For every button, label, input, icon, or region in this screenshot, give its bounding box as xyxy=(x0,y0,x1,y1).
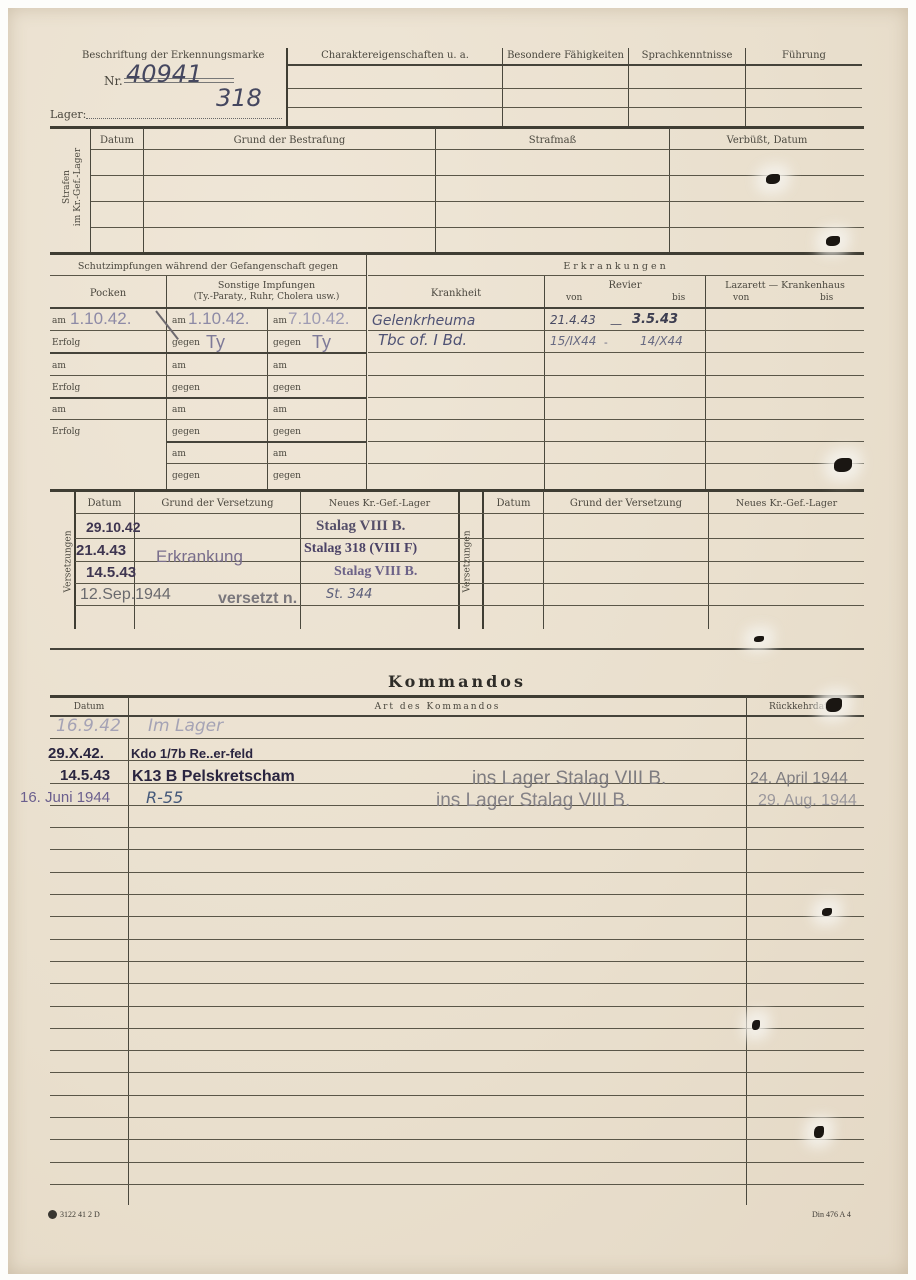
kommandos-row-line xyxy=(50,939,864,940)
sonstige-sub: (Ty.-Paraty., Ruhr, Cholera usw.) xyxy=(167,292,366,302)
kdo-art-3: K13 B Pelskretscham xyxy=(132,768,295,786)
pocken-erfolg-3: Erfolg xyxy=(52,427,80,437)
vers-col-datum-left: Datum xyxy=(75,498,134,509)
kdo-extra-4: ins Lager Stalag VIII B. xyxy=(436,790,630,812)
impfungen-rule-1 xyxy=(50,330,366,331)
sonstige2-gegen-3: gegen xyxy=(273,427,301,437)
strafen-rule-2 xyxy=(91,175,864,176)
revier-dash-1: — xyxy=(610,317,622,331)
nr-label: Nr. xyxy=(104,74,123,88)
pocken-erfolg-1: Erfolg xyxy=(52,338,80,348)
kommandos-row-line xyxy=(50,1072,864,1073)
kdo-art-4: R-55 xyxy=(146,788,183,807)
erkrankungen-rule-2 xyxy=(368,352,864,353)
sonstige1-gegen-4: gegen xyxy=(172,471,200,481)
erkrankungen-rule-7 xyxy=(368,463,864,464)
kommandos-col-div-2 xyxy=(746,697,747,1205)
kommandos-col-art: Art des Kommandos xyxy=(129,702,746,712)
strafen-divider-2 xyxy=(435,128,436,252)
punch-hole-3 xyxy=(834,458,852,472)
pocken-am-2: am xyxy=(52,361,66,371)
erkrankungen-rule-5 xyxy=(368,419,864,420)
sonstige1-am-3: am xyxy=(172,405,186,415)
kdo-rueckkehr-3: 24. April 1944 xyxy=(750,770,848,788)
sonstige1-gegen-2: gegen xyxy=(172,383,200,393)
vers-mid-border-2 xyxy=(482,491,484,629)
kdo-extra-3: ins Lager Stalag VIII B. xyxy=(472,768,666,790)
vers-mid-border-1 xyxy=(458,491,460,629)
impfungen-rule-7 xyxy=(167,463,366,464)
kdo-datum-3: 14.5.43 xyxy=(60,767,110,784)
kommandos-row-line xyxy=(50,1050,864,1051)
impfungen-title: Schutzimpfungen während der Gefangenscha… xyxy=(50,261,366,272)
vers-col-grund-right: Grund der Versetzung xyxy=(544,498,708,509)
sonstige1-gegen-3: gegen xyxy=(172,427,200,437)
vers-col-lager-left: Neues Kr.-Gef.-Lager xyxy=(301,498,458,509)
pocken-erfolg-2: Erfolg xyxy=(52,383,80,393)
revier-von-2: 15/IX44 xyxy=(550,334,596,348)
sonstige1-am-1: am xyxy=(172,316,186,326)
col-fuehrung: Führung xyxy=(746,50,862,61)
kdo-datum-4: 16. Juni 1944 xyxy=(20,789,110,806)
kommandos-col-div-1 xyxy=(128,697,129,1205)
col-charaktereigenschaften: Charaktereigenschaften u. a. xyxy=(288,50,502,61)
sonstige2-gegen-2: gegen xyxy=(273,383,301,393)
pocken-am-3: am xyxy=(52,405,66,415)
krankheit-2: Tbc of. I Bd. xyxy=(378,331,467,349)
kommandos-row-line xyxy=(50,1006,864,1007)
revier-bis-1: 3.5.43 xyxy=(632,312,678,327)
kommandos-col-datum: Datum xyxy=(50,702,128,712)
col-besondere-faehigkeiten: Besondere Fähigkeiten xyxy=(503,50,628,61)
pocken-am-1: am xyxy=(52,316,66,326)
krankheit-1: Gelenkrheuma xyxy=(372,313,475,329)
kommandos-rule-top xyxy=(50,695,864,698)
punch-hole-8 xyxy=(814,1126,824,1138)
sonstige1-gegen-value: Ty xyxy=(206,332,225,353)
punch-hole-7 xyxy=(752,1020,760,1030)
lazarett-bis-label: bis xyxy=(820,293,833,303)
kommandos-row-line xyxy=(50,916,864,917)
kdo-datum-1: 16.9.42 xyxy=(56,716,121,736)
revier-dash-2: - xyxy=(604,336,608,349)
sonstige1-am-value: 1.10.42. xyxy=(188,309,249,329)
sonstige-label: Sonstige Impfungen xyxy=(167,280,366,291)
kommandos-row-line xyxy=(50,1162,864,1163)
kommandos-title: Kommandos xyxy=(50,672,864,691)
kommandos-row-line xyxy=(50,827,864,828)
strafen-rule-4 xyxy=(91,227,864,228)
impfungen-rule-5 xyxy=(50,419,366,420)
kommandos-row-line xyxy=(50,738,864,739)
section-rule-kommandos-top xyxy=(50,648,864,650)
nr-value-added: 318 xyxy=(216,84,262,112)
strafen-rule-1 xyxy=(91,149,864,150)
lazarett-label: Lazarett — Krankenhaus xyxy=(706,280,864,291)
lager-dotted-line xyxy=(86,118,282,120)
header-rule-3 xyxy=(288,107,862,108)
vers-lager-4: St. 344 xyxy=(326,587,372,602)
header-rule-2 xyxy=(288,88,862,89)
header-rule-1 xyxy=(288,64,862,66)
vers-col-lager-right: Neues Kr.-Gef.-Lager xyxy=(709,498,864,509)
erkrankungen-title: Erkrankungen xyxy=(368,261,864,272)
vers-rule-0 xyxy=(75,513,864,514)
strafen-divider-3 xyxy=(669,128,670,252)
section-rule-versetzungen-top xyxy=(50,489,864,492)
section-rule-impfungen-top xyxy=(50,252,864,255)
kdo-art-1: Im Lager xyxy=(148,716,223,736)
vers-left-border xyxy=(74,491,76,629)
vers-col-div-3 xyxy=(543,491,544,629)
footer-din: Din 476 A 4 xyxy=(812,1210,851,1219)
revier-label: Revier xyxy=(545,280,705,291)
vers-col-grund-left: Grund der Versetzung xyxy=(135,498,300,509)
sonstige2-gegen-4: gegen xyxy=(273,471,301,481)
sonstige2-am-value: 7.10.42. xyxy=(288,309,349,329)
vers-datum-4: 12.Sep.1944 xyxy=(80,586,171,604)
strafen-col-grund: Grund der Bestrafung xyxy=(144,135,435,146)
sonstige1-am-4: am xyxy=(172,449,186,459)
sonstige2-am-2: am xyxy=(273,361,287,371)
kommandos-row-line xyxy=(50,1184,864,1185)
impfungen-rule-6 xyxy=(167,441,366,443)
kommandos-row-line xyxy=(50,961,864,962)
sonstige2-gegen-1: gegen xyxy=(273,338,301,348)
strafen-rule-3 xyxy=(91,201,864,202)
revier-bis-2: 14/X44 xyxy=(640,334,683,348)
versetzungen-side-label-left: Versetzungen xyxy=(64,526,75,598)
kommandos-row-line xyxy=(50,872,864,873)
vers-grund-4: versetzt n. xyxy=(218,590,297,608)
kommandos-row-line xyxy=(50,894,864,895)
punch-hole-5 xyxy=(826,698,842,712)
sonstige2-gegen-value: Ty xyxy=(312,332,331,353)
pocken-label: Pocken xyxy=(50,288,166,299)
kommandos-row-line xyxy=(50,1139,864,1140)
kdo-rueckkehr-4: 29. Aug. 1944 xyxy=(758,792,857,810)
impfungen-right-border xyxy=(366,254,367,490)
impfungen-rule-head xyxy=(50,275,366,276)
kommandos-row-line xyxy=(50,1028,864,1029)
vers-datum-2: 21.4.43 xyxy=(76,542,126,559)
punch-hole-6 xyxy=(822,908,832,916)
vers-datum-3: 14.5.43 xyxy=(86,564,136,581)
kommandos-col-rueckkehr: Rückkehrdatum xyxy=(747,702,864,712)
strafen-side-label: Strafenim Kr.-Gef.-Lager xyxy=(62,142,84,232)
strafen-divider-0 xyxy=(90,128,91,252)
sonstige2-am-1: am xyxy=(273,316,287,326)
vers-datum-1: 29.10.42 xyxy=(86,519,141,535)
vers-grund-2: Erkrankung xyxy=(156,547,243,567)
revier-von-label: von xyxy=(566,293,582,303)
vers-lager-3: Stalag VIII B. xyxy=(334,564,417,580)
kdo-art-2: Kdo 1/7b Re..er-feld xyxy=(131,746,253,761)
vers-rule-3 xyxy=(75,583,864,584)
kommandos-row-line xyxy=(50,1095,864,1096)
nr-value: 40941 xyxy=(126,60,202,88)
strafen-col-verbuesst: Verbüßt, Datum xyxy=(670,135,864,146)
kommandos-row-line xyxy=(50,849,864,850)
sonstige2-am-4: am xyxy=(273,449,287,459)
erkrankungen-rule-6 xyxy=(368,441,864,442)
punch-hole-4 xyxy=(754,636,764,642)
kommandos-row-line xyxy=(50,1117,864,1118)
revier-bis-label: bis xyxy=(672,293,685,303)
vers-lager-1: Stalag VIII B. xyxy=(316,518,405,535)
erkrankungen-rule-3 xyxy=(368,375,864,376)
vers-col-div-4 xyxy=(708,491,709,629)
sonstige2-am-3: am xyxy=(273,405,287,415)
vers-col-div-1 xyxy=(134,491,135,629)
section-rule-strafen-top xyxy=(50,126,864,129)
strafen-divider-1 xyxy=(143,128,144,252)
footer-form-number: 3122 41 2 D xyxy=(60,1210,100,1219)
lager-label: Lager: xyxy=(50,108,86,121)
vers-lager-2: Stalag 318 (VIII F) xyxy=(304,541,417,557)
pocken-am-value: 1.10.42. xyxy=(70,309,131,329)
krankheit-label: Krankheit xyxy=(368,288,544,299)
lazarett-von-label: von xyxy=(733,293,749,303)
col-sprachkenntnisse: Sprachkenntnisse xyxy=(629,50,745,61)
printer-mark-icon xyxy=(48,1210,57,1219)
sonstige1-am-2: am xyxy=(172,361,186,371)
strafen-col-datum: Datum xyxy=(91,135,143,146)
vers-rule-1 xyxy=(75,538,864,539)
impfungen-rule-4 xyxy=(50,397,366,399)
erkrankungen-rule-head xyxy=(368,275,864,276)
revier-von-1: 21.4.43 xyxy=(550,313,596,327)
vers-col-datum-right: Datum xyxy=(484,498,543,509)
kommandos-row-line xyxy=(50,983,864,984)
erkrankungen-rule-0 xyxy=(368,307,864,309)
strafen-col-strafmass: Strafmaß xyxy=(436,135,669,146)
erkrankungen-rule-4 xyxy=(368,397,864,398)
vers-col-div-2 xyxy=(300,491,301,629)
punch-hole-1 xyxy=(766,174,780,184)
punch-hole-2 xyxy=(826,236,840,246)
kdo-datum-2: 29.X.42. xyxy=(48,745,104,762)
document-page: Beschriftung der Erkennungsmarke Nr. 409… xyxy=(8,8,908,1274)
vers-rule-4 xyxy=(75,605,864,606)
impfungen-rule-3 xyxy=(50,375,366,376)
